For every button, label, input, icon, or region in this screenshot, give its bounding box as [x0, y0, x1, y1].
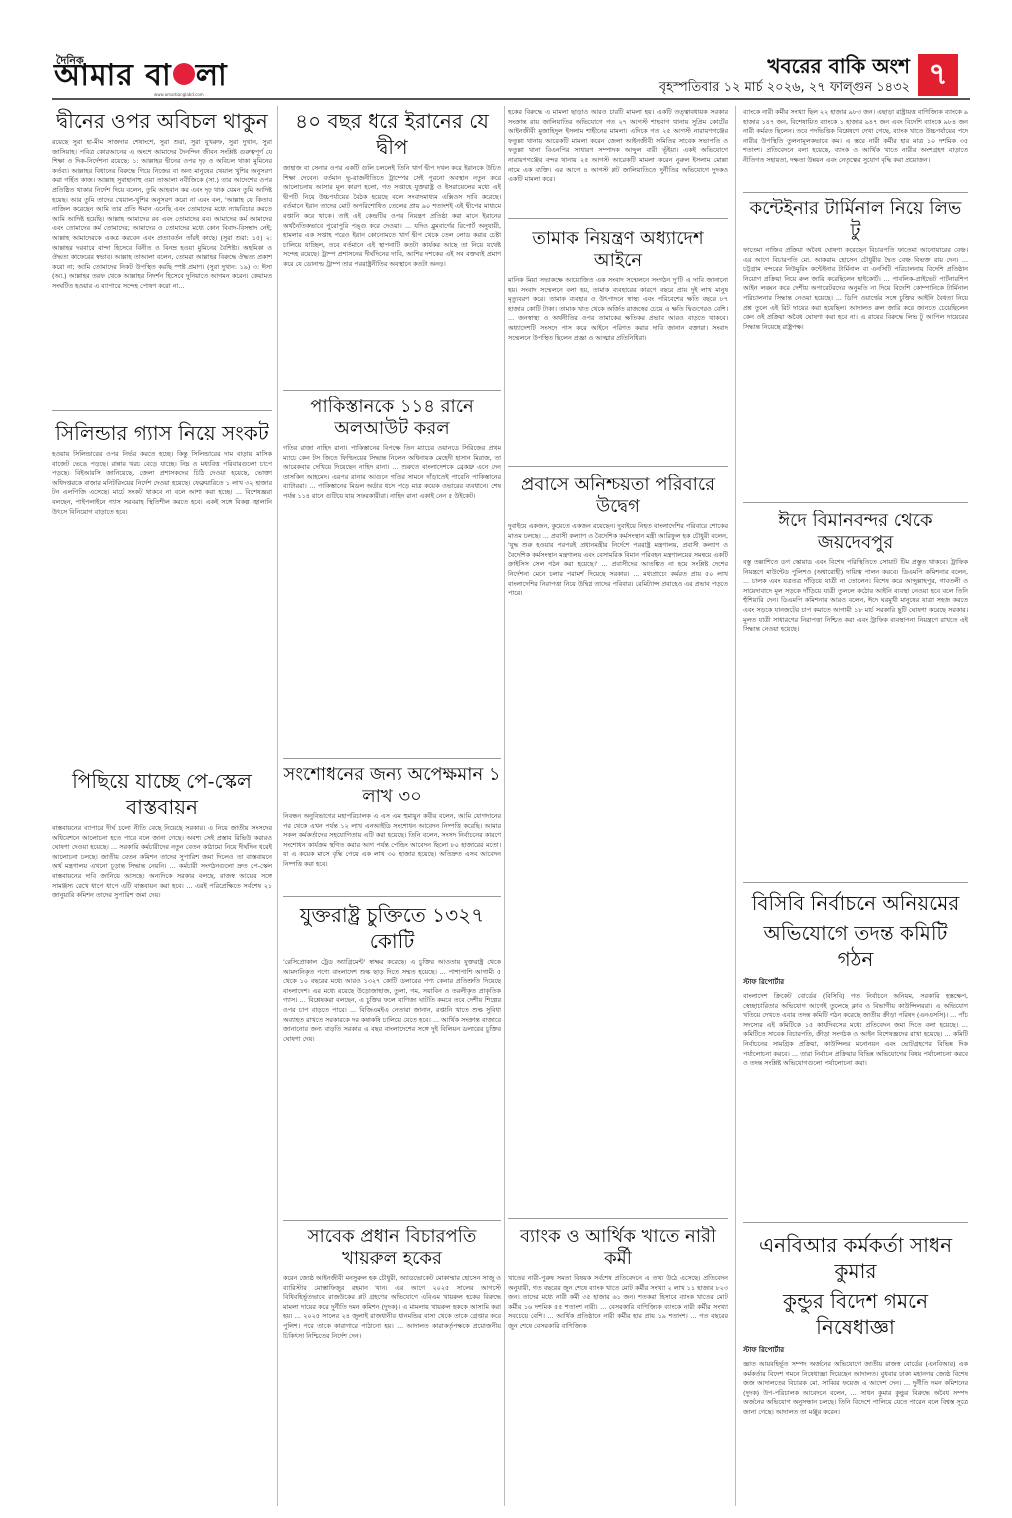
headline: তামাক নিয়ন্ত্রণ অধ্যাদেশ আইনে	[508, 228, 728, 272]
article-body: হকের বিরুদ্ধে এ মামলা ছাড়াও আরও চারটি ম…	[508, 108, 728, 185]
byline: স্টাফ রিপোর্টার	[743, 976, 968, 988]
article-body: দুবাইয়ে একজন, কুয়েতে একজন রয়েছেন। দুব…	[508, 522, 728, 599]
article-divider	[508, 466, 728, 467]
article-divider	[508, 218, 728, 219]
column-divider	[504, 106, 505, 1506]
article-nbr: এনবিআর কর্মকর্তা সাধন কুমার কুন্ডুর বিদে…	[743, 1232, 968, 1506]
article-tobacco: তামাক নিয়ন্ত্রণ অধ্যাদেশ আইনে মানিক মিয…	[508, 228, 728, 464]
headline: সিলিন্ডার গ্যাস নিয়ে সংকট	[52, 420, 272, 446]
headline: ঈদে বিমানবন্দর থেকে জয়দেবপুর	[743, 510, 968, 554]
headline: ব্যাংক ও আর্থিক খাতে নারী কর্মী	[508, 1226, 728, 1270]
article-body: নিবন্ধন অনুবিভাগের মহাপরিচালক এ এস এম হু…	[283, 812, 501, 870]
article-divider	[283, 758, 501, 759]
headline: সংশোধনের জন্য অপেক্ষমান ১ লাখ ৩০	[283, 764, 501, 808]
article-pakistan: পাকিস্তানকে ১১৪ রানে অলআউট করল গতির রাজা…	[283, 396, 501, 756]
headline-line-1: এনবিআর কর্মকর্তা সাধন কুমার	[743, 1232, 968, 1284]
article-body: খাতের নারী-পুরুষ সমতা বিষয়ক সর্বশেষ প্র…	[508, 1274, 728, 1332]
article-body: ব্যাংকে নারী কর্মীর সংখ্যা ছিল ২২ হাজার …	[743, 108, 968, 166]
brand-name-part1: আমার বা	[54, 58, 172, 93]
article-divider	[283, 896, 501, 897]
article-divider	[743, 882, 968, 883]
article-divider	[508, 1218, 728, 1219]
article-divider	[283, 390, 501, 391]
article-divider	[743, 1222, 968, 1223]
article-iran-island: ৪০ বছর ধরে ইরানের যে দ্বীপ জাহাজ বা সেনা…	[283, 108, 501, 386]
issue-date: বৃহস্পতিবার ১২ মার্চ ২০২৬, ২৭ ফাল্গুন ১৪…	[659, 78, 910, 99]
masthead: দৈনিক আমার বালা www.amarbanglabd.com খবর…	[52, 44, 972, 96]
article-deen: দ্বীনের ওপর অবিচল থাকুন রয়েছে সুরা হা-ম…	[52, 108, 272, 408]
article-divider	[743, 502, 968, 503]
article-cylinder: সিলিন্ডার গ্যাস নিয়ে সংকট হওয়ায় সিলিন…	[52, 420, 272, 760]
article-body: বাস্তবায়নের ব্যাপারে দীর্ঘ চলো নীতি বেছ…	[52, 824, 272, 901]
column-divider	[735, 106, 736, 1506]
byline: স্টাফ রিপোর্টার	[743, 1344, 968, 1356]
article-body: বস্তু তল্লাশিতে ডগ স্কোয়াড এবং বিশেষ পর…	[743, 558, 968, 635]
page-number-badge: ৭	[918, 54, 958, 96]
article-body: রয়েছে সুরা হা-মীম সাজদার শেষাংশে, সুরা …	[52, 138, 272, 292]
article-body: ফাতেমা নাজিব প্রক্রিয়া অবৈধ ঘোষণা করেছে…	[743, 246, 968, 332]
headline: সাবেক প্রধান বিচারপতি খায়রুল হকের	[283, 1226, 501, 1270]
headline-line-2: অভিযোগে তদন্ত কমিটি গঠন	[743, 920, 968, 972]
article-payscale: পিছিয়ে যাচ্ছে পে-স্কেল বাস্তবায়ন বাস্ত…	[52, 768, 272, 1503]
headline-line-2: কুন্ডুর বিদেশ গমনে নিষেধাজ্ঞা	[743, 1288, 968, 1340]
article-divider	[743, 192, 968, 193]
masthead-rule	[52, 98, 970, 100]
headline: দ্বীনের ওপর অবিচল থাকুন	[52, 108, 272, 134]
brand-url: www.amarbanglabd.com	[154, 92, 204, 97]
headline: ৪০ বছর ধরে ইরানের যে দ্বীপ	[283, 108, 501, 160]
article-us-deal: যুক্তরাষ্ট্র চুক্তিতে ১৩২৭ কোটি 'রেসিপ্র…	[283, 902, 501, 1217]
column-divider	[277, 106, 278, 1506]
article-body: হওয়ায় সিলিন্ডারের ওপর নির্ভর করতে হচ্ছ…	[52, 450, 272, 517]
headline-line-1: বিসিবি নির্বাচনে অনিয়মের	[743, 890, 968, 916]
article-body: জাহাজ বা সেনার ওপর একটি গুলি চললেই তিনি …	[283, 164, 501, 270]
article-bank-women-continued: ব্যাংকে নারী কর্মীর সংখ্যা ছিল ২২ হাজার …	[743, 108, 968, 190]
article-expats: প্রবাসে অনিশ্চয়তা পরিবারে উদ্বেগ দুবাইয…	[508, 474, 728, 1214]
article-body: জ্ঞাত আয়বহির্ভূত সম্পদ অর্জনের অভিযোগে …	[743, 1360, 968, 1418]
brand-name: আমার বালা	[54, 60, 228, 92]
article-bcb: বিসিবি নির্বাচনে অনিয়মের অভিযোগে তদন্ত …	[743, 890, 968, 1220]
article-container: কন্টেইনার টার্মিনাল নিয়ে লিভ টু ফাতেমা …	[743, 198, 968, 498]
article-body: মানিক মিয়া সভাকক্ষে আয়োজিত এক সংবাদ সম…	[508, 276, 728, 343]
headline: কন্টেইনার টার্মিনাল নিয়ে লিভ টু	[743, 198, 968, 242]
headline: পিছিয়ে যাচ্ছে পে-স্কেল বাস্তবায়ন	[52, 768, 272, 820]
article-divider	[283, 1220, 501, 1221]
headline: যুক্তরাষ্ট্র চুক্তিতে ১৩২৭ কোটি	[283, 902, 501, 954]
article-body: করেন জ্যেষ্ঠ আইনজীবী মনসুরুল হক চৌধুরী, …	[283, 1274, 501, 1341]
article-nid-correction: সংশোধনের জন্য অপেক্ষমান ১ লাখ ৩০ নিবন্ধন…	[283, 764, 501, 894]
article-divider	[52, 410, 272, 411]
article-body: 'রেসিপ্রোকাল ট্রেড অ্যাগ্রিমেন্ট' স্বাক্…	[283, 958, 501, 1044]
article-eid-airport: ঈদে বিমানবন্দর থেকে জয়দেবপুর বস্তু তল্ল…	[743, 510, 968, 880]
article-khairul: সাবেক প্রধান বিচারপতি খায়রুল হকের করেন …	[283, 1226, 501, 1506]
article-bank-women: ব্যাংক ও আর্থিক খাতে নারী কর্মী খাতের না…	[508, 1226, 728, 1506]
headline: প্রবাসে অনিশ্চয়তা পরিবারে উদ্বেগ	[508, 474, 728, 518]
article-body: গতির রাজা নাহিদ রানা। পাকিস্তানের বিপক্ষ…	[283, 444, 501, 502]
brand-logo-icon	[173, 63, 195, 85]
article-khairul-continued: হকের বিরুদ্ধে এ মামলা ছাড়াও আরও চারটি ম…	[508, 108, 728, 208]
headline: পাকিস্তানকে ১১৪ রানে অলআউট করল	[283, 396, 501, 440]
brand-name-part2: লা	[196, 58, 228, 93]
article-body: বাংলাদেশ ক্রিকেট বোর্ডের (বিসিবি) গত নির…	[743, 992, 968, 1069]
